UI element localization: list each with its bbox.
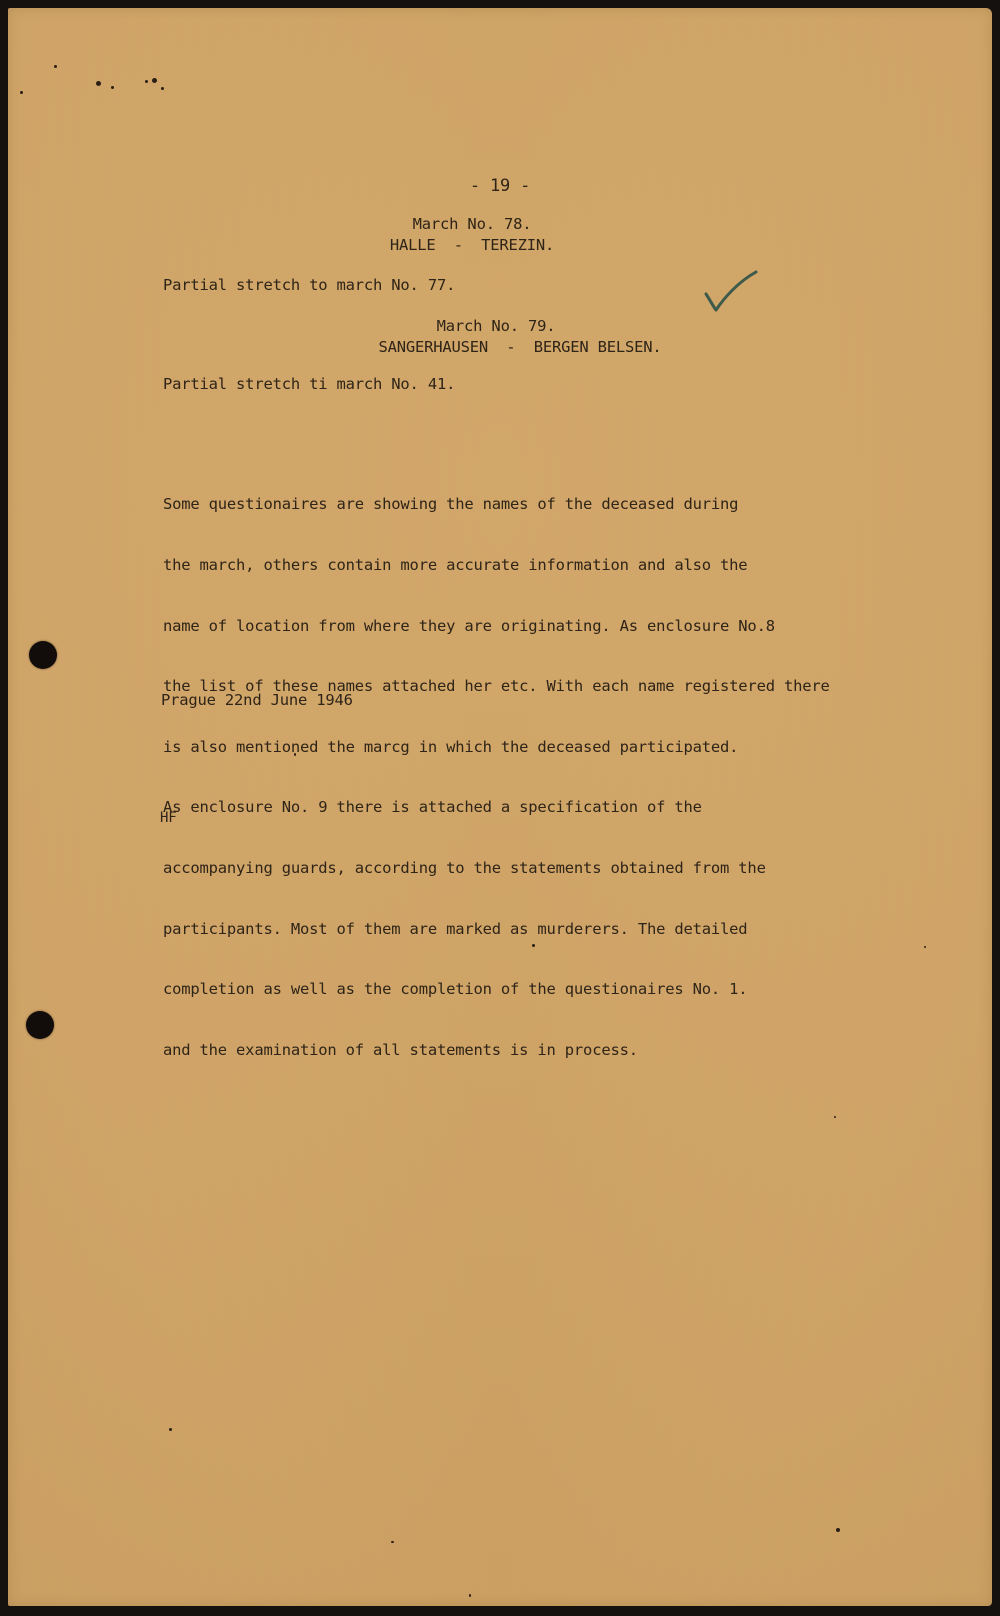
- ink-speck: [924, 946, 926, 948]
- ink-speck: [532, 944, 535, 947]
- ink-speck: [469, 1594, 471, 1597]
- body-line: the march, others contain more accurate …: [163, 555, 830, 575]
- punch-hole: [29, 641, 57, 669]
- body-line: completion as well as the completion of …: [163, 979, 830, 999]
- paper-page: - 19 - March No. 78. HALLE - TEREZIN. Pa…: [8, 8, 992, 1606]
- ink-speck: [54, 65, 57, 68]
- ink-speck: [161, 87, 164, 90]
- ink-speck: [294, 753, 296, 756]
- ink-speck: [834, 1116, 836, 1118]
- partial-stretch-41: Partial stretch ti march No. 41.: [163, 374, 455, 394]
- body-line: and the examination of all statements is…: [163, 1040, 830, 1060]
- partial-stretch-77: Partial stretch to march No. 77.: [163, 275, 455, 295]
- ink-speck: [169, 1428, 172, 1431]
- body-line: Some questionaires are showing the names…: [163, 494, 830, 514]
- march-79-title: March No. 79.: [4, 316, 988, 336]
- body-line: accompanying guards, according to the st…: [163, 858, 830, 878]
- typist-initials: HF: [160, 808, 176, 828]
- ink-speck: [20, 91, 23, 94]
- body-line: participants. Most of them are marked as…: [163, 919, 830, 939]
- page-number: - 19 -: [8, 176, 992, 196]
- checkmark-icon: [704, 270, 758, 314]
- ink-speck: [111, 86, 114, 89]
- ink-speck: [152, 78, 157, 83]
- ink-speck: [96, 81, 101, 86]
- body-line: As enclosure No. 9 there is attached a s…: [163, 797, 830, 817]
- body-line: name of location from where they are ori…: [163, 616, 830, 636]
- body-line: is also mentioned the marcg in which the…: [163, 737, 830, 757]
- ink-speck: [836, 1528, 840, 1532]
- body-paragraph: Some questionaires are showing the names…: [163, 454, 830, 1101]
- march-79-route: SANGERHAUSEN - BERGEN BELSEN.: [28, 337, 1000, 357]
- date-line: Prague 22nd June 1946: [161, 690, 353, 710]
- ink-speck: [145, 80, 148, 83]
- punch-hole: [26, 1011, 54, 1039]
- scanned-document: - 19 - March No. 78. HALLE - TEREZIN. Pa…: [0, 0, 1000, 1616]
- ink-speck: [391, 1541, 394, 1543]
- march-78-route: HALLE - TEREZIN.: [0, 235, 964, 255]
- march-78-title: March No. 78.: [0, 214, 964, 234]
